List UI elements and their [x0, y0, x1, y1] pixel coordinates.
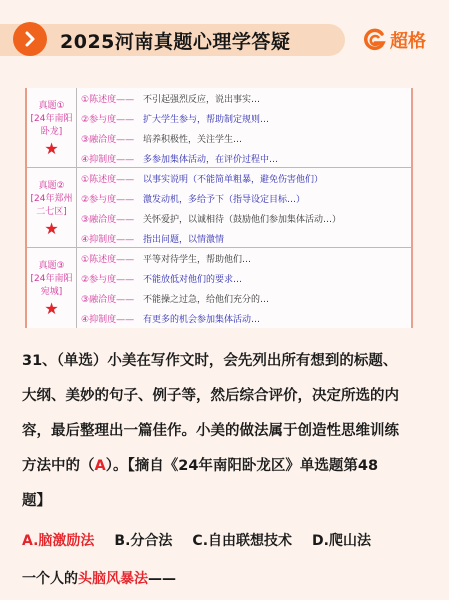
- notes-block-sub: [24年南阳卧龙]: [27, 111, 76, 137]
- explanation: 一个人的头脑风暴法——: [22, 568, 176, 588]
- option-c: C.自由联想技术: [192, 530, 292, 550]
- star-icon: ★: [44, 139, 58, 158]
- question-line: 31、（单选）小美在写作文时，会先列出所有想到的标题、: [22, 344, 432, 379]
- explanation-highlight: 头脑风暴法: [78, 571, 148, 587]
- question-line: 方法中的（A）。【摘自《24年南阳卧龙区》单选题第48: [22, 449, 432, 484]
- notes-block-sub: [24年南阳宛城]: [27, 271, 76, 297]
- notes-block-sub: [24年郑州二七区]: [27, 191, 76, 217]
- notes-block-2: 真题②[24年郑州二七区]★ ①陈述度——以事实说明（不能简单粗暴，避免伤害他们…: [27, 168, 413, 248]
- answer-mark: A: [95, 458, 106, 474]
- logo-text: 超格: [390, 27, 426, 53]
- notes-block-3: 真题③[24年南阳宛城]★ ①陈述度——平等对待学生，帮助他们… ②参与度——不…: [27, 248, 413, 328]
- logo-icon: [362, 27, 388, 53]
- options-list: A.脑激励法 B.分合法 C.自由联想技术 D.爬山法: [22, 530, 371, 550]
- question-line: 大纲、美妙的句子、例子等，然后综合评价，决定所选的内: [22, 379, 432, 414]
- page-title: 2025河南真题心理学答疑: [60, 27, 290, 54]
- star-icon: ★: [44, 299, 58, 318]
- question-text: 31、（单选）小美在写作文时，会先列出所有想到的标题、 大纲、美妙的句子、例子等…: [22, 344, 432, 519]
- brand-logo: 超格: [362, 27, 426, 53]
- star-icon: ★: [44, 219, 58, 238]
- question-line: 题】: [22, 484, 432, 519]
- header: 2025河南真题心理学答疑 超格: [0, 22, 449, 58]
- chevron-right-icon: [22, 31, 38, 47]
- handwritten-notes-image: 真题①[24年南阳卧龙]★ ①陈述度——不引起强烈反应，说出事实… ②参与度——…: [25, 88, 413, 328]
- notes-block-1: 真题①[24年南阳卧龙]★ ①陈述度——不引起强烈反应，说出事实… ②参与度——…: [27, 88, 413, 168]
- option-a: A.脑激励法: [22, 530, 94, 550]
- option-d: D.爬山法: [312, 530, 371, 550]
- question-line: 容，最后整理出一篇佳作。小美的做法属于创造性思维训练: [22, 414, 432, 449]
- arrow-button[interactable]: [13, 22, 47, 56]
- notes-block-label: 真题③: [38, 258, 64, 271]
- option-b: B.分合法: [114, 530, 172, 550]
- notes-block-label: 真题②: [38, 178, 64, 191]
- notes-block-label: 真题①: [38, 98, 64, 111]
